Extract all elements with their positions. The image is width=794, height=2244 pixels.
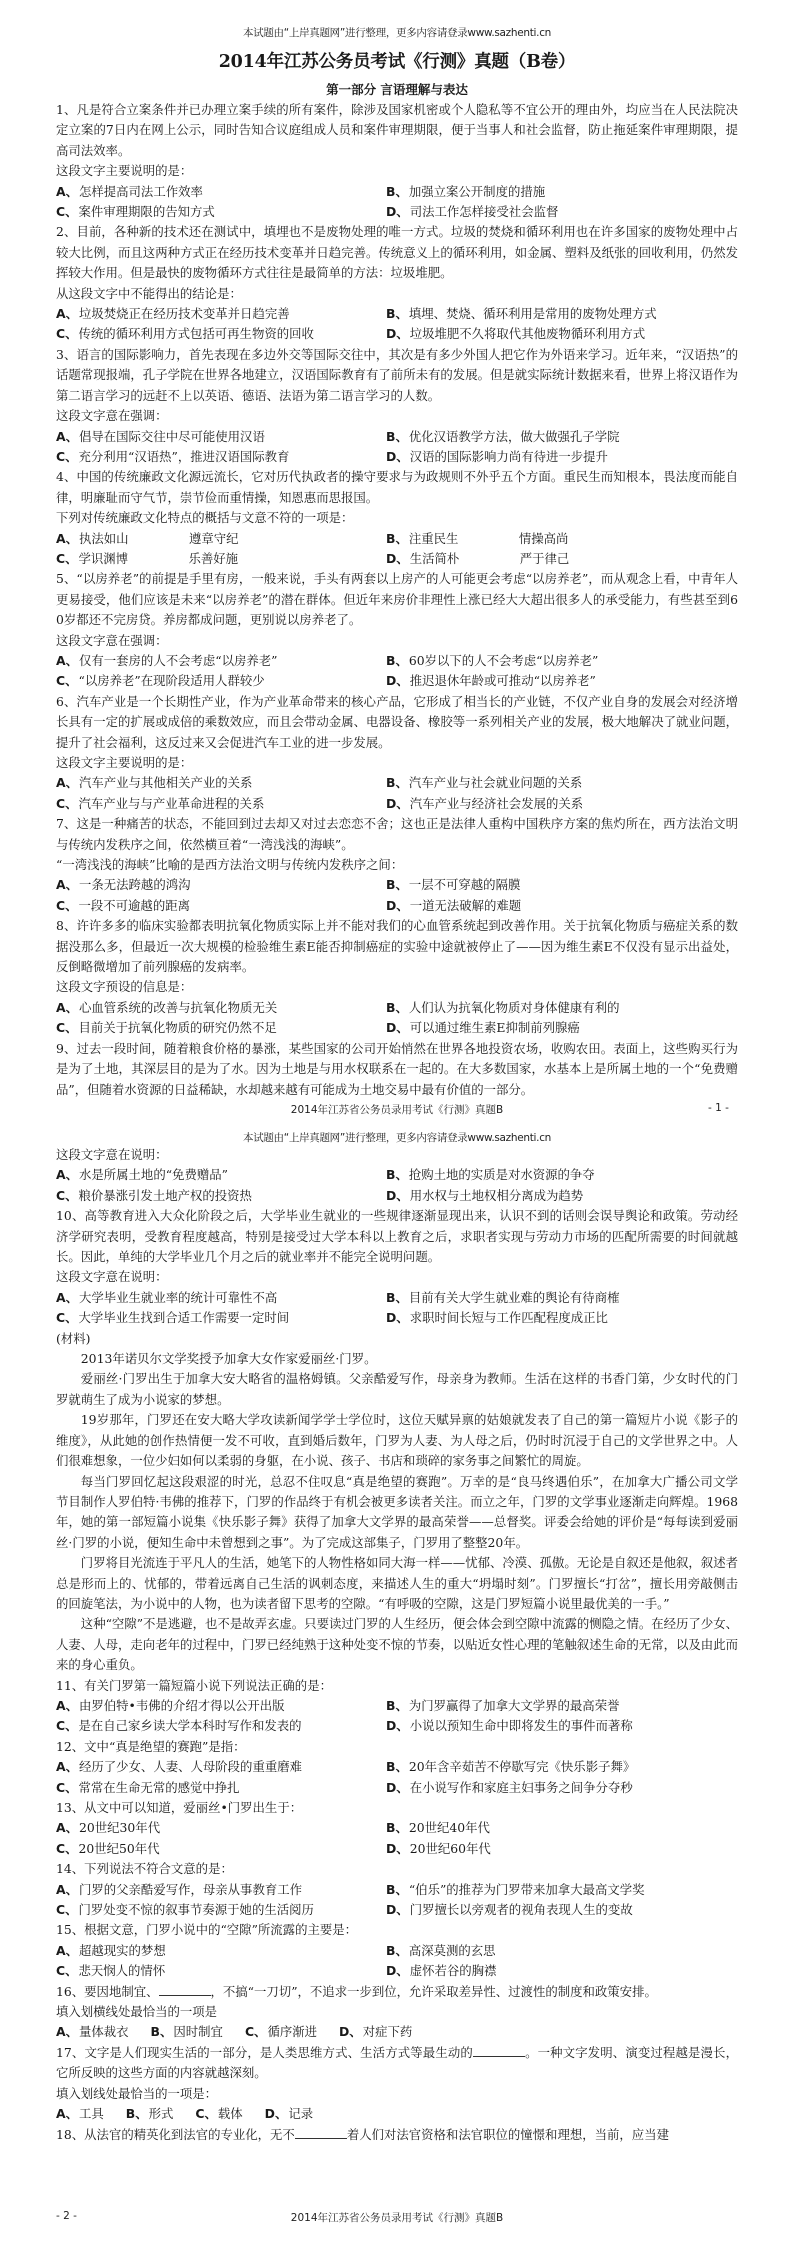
- question-14-options: A、门罗的父亲酷爱写作，母亲从事教育工作 B、“伯乐”的推荐为门罗带来加拿大最高…: [56, 1880, 738, 1921]
- option-c[interactable]: C、传统的循环利用方式包括可再生物资的回收: [56, 324, 386, 344]
- footer-text: 2014年江苏省公务员录用考试《行测》真题B: [0, 2210, 794, 2225]
- option-label: D、: [386, 1841, 409, 1856]
- option-c[interactable]: C、目前关于抗氧化物质的研究仍然不足: [56, 1018, 386, 1038]
- option-a[interactable]: A、水是所属土地的“免费赠品”: [56, 1165, 386, 1185]
- option-d[interactable]: D、生活简朴严于律己: [386, 549, 738, 569]
- option-a[interactable]: A、执法如山遵章守纪: [56, 529, 386, 549]
- option-c[interactable]: C、悲天悯人的情怀: [56, 1961, 386, 1981]
- option-d[interactable]: D、记录: [265, 2104, 313, 2124]
- option-a[interactable]: A、心血管系统的改善与抗氧化物质无关: [56, 998, 386, 1018]
- option-text: 20世纪30年代: [79, 1820, 160, 1835]
- material-paragraph: 这种“空隙”不是逃避，也不是故弄玄虚。只要读过门罗的人生经历，便会体会到空隙中流…: [56, 1614, 738, 1675]
- question-1-stem: 1、凡是符合立案条件并已办理立案手续的所有案件，除涉及国家机密或个人隐私等不宜公…: [56, 100, 738, 161]
- option-text: 加强立案公开制度的措施: [409, 184, 545, 199]
- option-label: A、: [56, 1759, 78, 1774]
- question-14-prompt: 14、下列说法不符合文意的是：: [56, 1859, 738, 1879]
- option-label: A、: [56, 1167, 78, 1182]
- option-text: 执法如山: [79, 529, 189, 549]
- option-c[interactable]: C、循序渐进: [245, 2022, 317, 2042]
- option-label: D、: [386, 1188, 409, 1203]
- question-13-options: A、20世纪30年代 B、20世纪40年代 C、20世纪50年代 D、20世纪6…: [56, 1818, 738, 1859]
- question-2-stem: 2、目前，各种新的技术还在测试中，填埋也不是废物处理的唯一方式。垃圾的焚烧和循环…: [56, 222, 738, 283]
- option-a[interactable]: A、仅有一套房的人不会考虑“以房养老”: [56, 651, 386, 671]
- option-b[interactable]: B、20世纪40年代: [386, 1818, 738, 1838]
- option-text: 对症下药: [363, 2024, 413, 2039]
- option-label: C、: [56, 1310, 77, 1325]
- option-d[interactable]: D、垃圾堆肥不久将取代其他废物循环利用方式: [386, 324, 738, 344]
- question-11-options: A、由罗伯特•韦佛的介绍才得以公开出版 B、为门罗赢得了加拿大文学界的最高荣誉 …: [56, 1696, 738, 1737]
- footer-text: 2014年江苏省公务员录用考试《行测》真题B: [0, 1102, 794, 1117]
- stem-text: 17、文字是人们现实生活的一部分，是人类思维方式、生活方式等最生动的: [56, 2045, 473, 2060]
- option-text: 汽车产业与其他相关产业的关系: [79, 775, 252, 790]
- option-label: A、: [56, 1943, 78, 1958]
- question-3-options: A、倡导在国际交往中尽可能使用汉语 B、优化汉语教学方法，做大做强孔子学院 C、…: [56, 427, 738, 468]
- option-b[interactable]: B、“伯乐”的推荐为门罗带来加拿大最高文学奖: [386, 1880, 738, 1900]
- option-c[interactable]: C、“以房养老”在现阶段适用人群较少: [56, 671, 386, 691]
- option-text: 抢购土地的实质是对水资源的争夺: [409, 1167, 595, 1182]
- question-3-prompt: 这段文字意在强调：: [56, 406, 738, 426]
- option-label: A、: [56, 531, 78, 546]
- option-d[interactable]: D、汉语的国际影响力尚有待进一步提升: [386, 447, 738, 467]
- option-label: D、: [386, 1718, 409, 1733]
- option-label: D、: [386, 898, 409, 913]
- option-text: 生活简朴: [410, 549, 520, 569]
- option-text: 传统的循环利用方式包括可再生物资的回收: [78, 326, 313, 341]
- fill-blank: [159, 1983, 211, 1996]
- option-text: 由罗伯特•韦佛的介绍才得以公开出版: [79, 1698, 285, 1713]
- option-label: C、: [56, 326, 77, 341]
- question-7-prompt: “一湾浅浅的海峡”比喻的是西方法治文明与传统内发秩序之间：: [56, 855, 738, 875]
- option-label: D、: [386, 449, 409, 464]
- option-d[interactable]: D、推迟退休年龄或可推动“以房养老”: [386, 671, 738, 691]
- question-17-prompt: 填入划线处最恰当的一项是：: [56, 2084, 738, 2104]
- option-text: 形式: [149, 2106, 174, 2121]
- option-text: 汽车产业与社会就业问题的关系: [409, 775, 582, 790]
- option-text: 门罗的父亲酷爱写作，母亲从事教育工作: [79, 1882, 302, 1897]
- question-7-options: A、一条无法跨越的鸿沟 B、一层不可穿越的隔膜 C、一段不可逾越的距离 D、一道…: [56, 875, 738, 916]
- option-text: 门罗擅长以旁观者的视角表现人生的变故: [410, 1902, 633, 1917]
- option-text: 是在自己家乡读大学本科时写作和发表的: [78, 1718, 301, 1733]
- option-label: D、: [386, 1963, 409, 1978]
- option-c[interactable]: C、一段不可逾越的距离: [56, 896, 386, 916]
- option-label: B、: [386, 1167, 408, 1182]
- option-text: 注重民生: [409, 529, 519, 549]
- option-text: 大学毕业生找到合适工作需要一定时间: [78, 1310, 289, 1325]
- option-label: D、: [386, 204, 409, 219]
- question-16-options: A、量体裁衣 B、因时制宜 C、循序渐进 D、对症下药: [56, 2022, 738, 2042]
- option-label: D、: [339, 2024, 362, 2039]
- question-2-options: A、垃圾焚烧正在经历技术变革并日趋完善 B、填埋、焚烧、循环利用是常用的废物处理…: [56, 304, 738, 345]
- option-label: C、: [56, 1188, 77, 1203]
- option-label: A、: [56, 2106, 78, 2121]
- question-4-options: A、执法如山遵章守纪 B、注重民生情操高尚 C、学识渊博乐善好施 D、生活简朴严…: [56, 529, 738, 570]
- stem-text: 18、从法官的精英化到法官的专业化，无不: [56, 2127, 295, 2142]
- option-text: 汽车产业与经济社会发展的关系: [410, 796, 583, 811]
- option-text: 记录: [288, 2106, 313, 2121]
- option-text: 循序渐进: [267, 2024, 317, 2039]
- option-a[interactable]: A、量体裁衣: [56, 2022, 129, 2042]
- option-b[interactable]: B、20年含辛茹苦不停歇写完《快乐影子舞》: [386, 1757, 738, 1777]
- page-number: - 1 -: [708, 1102, 729, 1114]
- option-text: 小说以预知生命中即将发生的事件而著称: [410, 1718, 633, 1733]
- fill-blank: [295, 2126, 347, 2139]
- option-d[interactable]: D、门罗擅长以旁观者的视角表现人生的变故: [386, 1900, 738, 1920]
- option-text: “伯乐”的推荐为门罗带来加拿大最高文学奖: [409, 1882, 645, 1897]
- option-label: A、: [56, 653, 78, 668]
- option-a[interactable]: A、一条无法跨越的鸿沟: [56, 875, 386, 895]
- option-text: 粮价暴涨引发土地产权的投资热: [78, 1188, 251, 1203]
- option-label: C、: [56, 1780, 77, 1795]
- option-b[interactable]: B、因时制宜: [151, 2022, 223, 2042]
- option-text: 20世纪60年代: [410, 1841, 491, 1856]
- option-text: 载体: [218, 2106, 243, 2121]
- material-paragraph: 爱丽丝·门罗出生于加拿大安大略省的温格姆镇。父亲酷爱写作，母亲身为教师。生活在这…: [56, 1369, 738, 1410]
- question-4-prompt: 下列对传统廉政文化特点的概括与文意不符的一项是：: [56, 508, 738, 528]
- option-label: B、: [386, 1882, 408, 1897]
- option-text: 倡导在国际交往中尽可能使用汉语: [79, 429, 265, 444]
- material-label: (材料): [56, 1329, 738, 1349]
- section-heading: 第一部分 言语理解与表达: [0, 80, 794, 98]
- option-d[interactable]: D、求职时间长短与工作匹配程度成正比: [386, 1308, 738, 1328]
- option-c[interactable]: C、案件审理期限的告知方式: [56, 202, 386, 222]
- option-d[interactable]: D、小说以预知生命中即将发生的事件而著称: [386, 1716, 738, 1736]
- option-c[interactable]: C、门罗处变不惊的叙事节奏源于她的生活阅历: [56, 1900, 386, 1920]
- option-b[interactable]: B、目前有关大学生就业难的舆论有待商榷: [386, 1288, 738, 1308]
- option-a[interactable]: A、由罗伯特•韦佛的介绍才得以公开出版: [56, 1696, 386, 1716]
- option-label: B、: [386, 306, 408, 321]
- stem-text: 着人们对法官资格和法官职位的憧憬和理想，当前，应当建: [347, 2127, 669, 2142]
- option-text: 经历了少女、人妻、人母阶段的重重磨难: [79, 1759, 302, 1774]
- option-text: 虚怀若谷的胸襟: [410, 1963, 497, 1978]
- exam-page-1: 本试题由“上岸真题网”进行整理，更多内容请登录www.sazhenti.cn 2…: [0, 0, 794, 1120]
- option-label: C、: [56, 796, 77, 811]
- option-label: C、: [56, 1902, 77, 1917]
- option-text: 乐善好施: [188, 551, 238, 566]
- option-a[interactable]: A、垃圾焚烧正在经历技术变革并日趋完善: [56, 304, 386, 324]
- option-label: A、: [56, 2024, 78, 2039]
- option-c[interactable]: C、大学毕业生找到合适工作需要一定时间: [56, 1308, 386, 1328]
- option-label: C、: [56, 551, 77, 566]
- question-12-options: A、经历了少女、人妻、人母阶段的重重磨难 B、20年含辛茹苦不停歇写完《快乐影子…: [56, 1757, 738, 1798]
- option-text: 垃圾堆肥不久将取代其他废物循环利用方式: [410, 326, 645, 341]
- stem-text: 16、要因地制宜、: [56, 1984, 159, 1999]
- option-label: C、: [56, 898, 77, 913]
- option-label: C、: [56, 673, 77, 688]
- option-label: D、: [386, 1310, 409, 1325]
- question-1-options: A、怎样提高司法工作效率 B、加强立案公开制度的措施 C、案件审理期限的告知方式…: [56, 182, 738, 223]
- option-a[interactable]: A、经历了少女、人妻、人母阶段的重重磨难: [56, 1757, 386, 1777]
- material-paragraph: 19岁那年，门罗还在安大略大学攻读新闻学学士学位时，这位天赋异禀的姑娘就发表了自…: [56, 1410, 738, 1471]
- option-label: B、: [151, 2024, 173, 2039]
- option-label: A、: [56, 1820, 78, 1835]
- option-text: 遵章守纪: [189, 531, 239, 546]
- option-text: 目前有关大学生就业难的舆论有待商榷: [409, 1290, 620, 1305]
- option-text: 大学毕业生就业率的统计可靠性不高: [79, 1290, 277, 1305]
- question-12-prompt: 12、文中“真是绝望的赛跑”是指：: [56, 1737, 738, 1757]
- question-15-prompt: 15、根据文意，门罗小说中的“空隙”所流露的主要是：: [56, 1920, 738, 1940]
- question-3-stem: 3、语言的国际影响力，首先表现在多边外交等国际交往中，其次是有多少外国人把它作为…: [56, 345, 738, 406]
- option-d[interactable]: D、司法工作怎样接受社会监督: [386, 202, 738, 222]
- question-9-stem: 9、过去一段时间，随着粮食价格的暴涨，某些国家的公司开始悄然在世界各地投资农场，…: [56, 1039, 738, 1100]
- question-6-options: A、汽车产业与其他相关产业的关系 B、汽车产业与社会就业问题的关系 C、汽车产业…: [56, 773, 738, 814]
- fill-blank: [473, 2044, 525, 2057]
- option-c[interactable]: C、充分利用“汉语热”，推进汉语国际教育: [56, 447, 386, 467]
- stem-text: ，不搞“一刀切”，不追求一步到位，允许采取差异性、过渡性的制度和政策安排。: [211, 1984, 657, 1999]
- option-b[interactable]: B、为门罗赢得了加拿大文学界的最高荣誉: [386, 1696, 738, 1716]
- option-label: A、: [56, 184, 78, 199]
- question-5-stem: 5、“以房养老”的前提是手里有房，一般来说，手头有两套以上房产的人可能更会考虑“…: [56, 569, 738, 630]
- option-label: B、: [386, 877, 408, 892]
- option-text: 可以通过维生素E抑制前列腺癌: [410, 1020, 580, 1035]
- option-text: 60岁以下的人不会考虑“以房养老”: [409, 653, 599, 668]
- option-a[interactable]: A、怎样提高司法工作效率: [56, 182, 386, 202]
- option-text: 常常在生命无常的感觉中挣扎: [78, 1780, 239, 1795]
- option-d[interactable]: D、汽车产业与经济社会发展的关系: [386, 794, 738, 814]
- option-text: 填埋、焚烧、循环利用是常用的废物处理方式: [409, 306, 657, 321]
- exam-page-2: 本试题由“上岸真题网”进行整理，更多内容请登录www.sazhenti.cn 这…: [0, 1120, 794, 2244]
- option-b[interactable]: B、一层不可穿越的隔膜: [386, 875, 738, 895]
- option-a[interactable]: A、20世纪30年代: [56, 1818, 386, 1838]
- option-text: 在小说写作和家庭主妇事务之间争分夺秒: [410, 1780, 633, 1795]
- question-8-options: A、心血管系统的改善与抗氧化物质无关 B、人们认为抗氧化物质对身体健康有利的 C…: [56, 998, 738, 1039]
- option-text: 目前关于抗氧化物质的研究仍然不足: [78, 1020, 276, 1035]
- option-d[interactable]: D、用水权与土地权相分离成为趋势: [386, 1186, 738, 1206]
- option-text: 学识渊博: [78, 549, 188, 569]
- option-a[interactable]: A、门罗的父亲酷爱写作，母亲从事教育工作: [56, 1880, 386, 1900]
- option-text: 严于律己: [520, 551, 570, 566]
- option-text: 20世纪40年代: [409, 1820, 490, 1835]
- question-6-stem: 6、汽车产业是一个长期性产业，作为产业革命带来的核心产品，它形成了相当长的产业链…: [56, 692, 738, 753]
- question-17-stem: 17、文字是人们现实生活的一部分，是人类思维方式、生活方式等最生动的。一种文字发…: [56, 2043, 738, 2084]
- option-b[interactable]: B、填埋、焚烧、循环利用是常用的废物处理方式: [386, 304, 738, 324]
- material-paragraph: 每当门罗回忆起这段艰涩的时光，总忍不住叹息“真是绝望的赛跑”。万幸的是“良马终遇…: [56, 1472, 738, 1554]
- question-1-prompt: 这段文字主要说明的是：: [56, 161, 738, 181]
- option-label: B、: [386, 1000, 408, 1015]
- question-9-options: A、水是所属土地的“免费赠品” B、抢购土地的实质是对水资源的争夺 C、粮价暴涨…: [56, 1165, 738, 1206]
- option-label: C、: [245, 2024, 266, 2039]
- option-text: 20年含辛茹苦不停歇写完《快乐影子舞》: [409, 1759, 635, 1774]
- option-a[interactable]: A、倡导在国际交往中尽可能使用汉语: [56, 427, 386, 447]
- header-note: 本试题由“上岸真题网”进行整理，更多内容请登录www.sazhenti.cn: [0, 25, 794, 40]
- option-b[interactable]: B、汽车产业与社会就业问题的关系: [386, 773, 738, 793]
- question-16-stem: 16、要因地制宜、，不搞“一刀切”，不追求一步到位，允许采取差异性、过渡性的制度…: [56, 1982, 738, 2002]
- option-text: 人们认为抗氧化物质对身体健康有利的: [409, 1000, 620, 1015]
- option-label: C、: [56, 204, 77, 219]
- option-c[interactable]: C、20世纪50年代: [56, 1839, 386, 1859]
- option-label: B、: [386, 1759, 408, 1774]
- option-c[interactable]: C、粮价暴涨引发土地产权的投资热: [56, 1186, 386, 1206]
- question-10-options: A、大学毕业生就业率的统计可靠性不高 B、目前有关大学生就业难的舆论有待商榷 C…: [56, 1288, 738, 1329]
- option-text: 汽车产业与与产业革命进程的关系: [78, 796, 264, 811]
- question-5-prompt: 这段文字意在强调：: [56, 631, 738, 651]
- option-label: B、: [386, 1290, 408, 1305]
- option-b[interactable]: B、人们认为抗氧化物质对身体健康有利的: [386, 998, 738, 1018]
- page-title: 2014年江苏公务员考试《行测》真题（B卷）: [0, 48, 794, 73]
- question-17-options: A、工具 B、形式 C、载体 D、记录: [56, 2104, 738, 2124]
- option-text: 工具: [79, 2106, 104, 2121]
- option-text: 20世纪50年代: [78, 1841, 159, 1856]
- option-label: D、: [386, 673, 409, 688]
- question-9-prompt: 这段文字意在说明：: [56, 1145, 738, 1165]
- option-text: 悲天悯人的情怀: [78, 1963, 165, 1978]
- option-text: 用水权与土地权相分离成为趋势: [410, 1188, 583, 1203]
- question-15-options: A、超越现实的梦想 B、高深莫测的玄思 C、悲天悯人的情怀 D、虚怀若谷的胸襟: [56, 1941, 738, 1982]
- option-b[interactable]: B、抢购土地的实质是对水资源的争夺: [386, 1165, 738, 1185]
- option-d[interactable]: D、一道无法破解的难题: [386, 896, 738, 916]
- option-c[interactable]: C、学识渊博乐善好施: [56, 549, 386, 569]
- option-text: 为门罗赢得了加拿大文学界的最高荣誉: [409, 1698, 620, 1713]
- option-text: 垃圾焚烧正在经历技术变革并日趋完善: [79, 306, 290, 321]
- material-paragraph: 2013年诺贝尔文学奖授予加拿大女作家爱丽丝·门罗。: [56, 1349, 738, 1369]
- option-text: 情操高尚: [519, 531, 569, 546]
- option-label: B、: [386, 1698, 408, 1713]
- option-text: 高深莫测的玄思: [409, 1943, 496, 1958]
- question-16-prompt: 填入划横线处最恰当的一项是: [56, 2002, 738, 2022]
- option-label: B、: [386, 1820, 408, 1835]
- option-label: D、: [386, 796, 409, 811]
- option-d[interactable]: D、虚怀若谷的胸襟: [386, 1961, 738, 1981]
- question-8-stem: 8、许许多多的临床实验都表明抗氧化物质实际上并不能对我们的心血管系统起到改善作用…: [56, 916, 738, 977]
- option-c[interactable]: C、常常在生命无常的感觉中挣扎: [56, 1778, 386, 1798]
- option-text: 怎样提高司法工作效率: [79, 184, 203, 199]
- option-text: 一条无法跨越的鸿沟: [79, 877, 191, 892]
- option-a[interactable]: A、工具: [56, 2104, 104, 2124]
- option-label: D、: [386, 1020, 409, 1035]
- header-note: 本试题由“上岸真题网”进行整理，更多内容请登录www.sazhenti.cn: [0, 1130, 794, 1145]
- option-text: 求职时间长短与工作匹配程度成正比: [410, 1310, 608, 1325]
- option-label: A、: [56, 1000, 78, 1015]
- question-2-prompt: 从这段文字中不能得出的结论是：: [56, 284, 738, 304]
- option-a[interactable]: A、大学毕业生就业率的统计可靠性不高: [56, 1288, 386, 1308]
- option-text: 水是所属土地的“免费赠品”: [79, 1167, 228, 1182]
- option-label: C、: [56, 1963, 77, 1978]
- option-b[interactable]: B、形式: [126, 2104, 174, 2124]
- question-6-prompt: 这段文字主要说明的是：: [56, 753, 738, 773]
- option-label: B、: [386, 184, 408, 199]
- option-label: D、: [386, 326, 409, 341]
- material-paragraph: 门罗将目光流连于平凡人的生活，她笔下的人物性格如同大海一样——忧郁、冷漠、孤傲。…: [56, 1553, 738, 1614]
- option-b[interactable]: B、60岁以下的人不会考虑“以房养老”: [386, 651, 738, 671]
- page-2-content: 这段文字意在说明： A、水是所属土地的“免费赠品” B、抢购土地的实质是对水资源…: [56, 1145, 738, 2145]
- option-label: A、: [56, 1882, 78, 1897]
- question-7-stem: 7、这是一种痛苦的状态，不能回到过去却又对过去恋恋不舍；这也正是法律人重构中国秩…: [56, 814, 738, 855]
- option-text: 司法工作怎样接受社会监督: [410, 204, 559, 219]
- page-1-content: 1、凡是符合立案条件并已办理立案手续的所有案件，除涉及国家机密或个人隐私等不宜公…: [56, 100, 738, 1100]
- option-a[interactable]: A、超越现实的梦想: [56, 1941, 386, 1961]
- option-label: C、: [56, 1020, 77, 1035]
- option-text: 优化汉语教学方法，做大做强孔子学院: [409, 429, 620, 444]
- option-label: D、: [386, 1902, 409, 1917]
- option-label: B、: [386, 531, 408, 546]
- option-c[interactable]: C、汽车产业与与产业革命进程的关系: [56, 794, 386, 814]
- question-5-options: A、仅有一套房的人不会考虑“以房养老” B、60岁以下的人不会考虑“以房养老” …: [56, 651, 738, 692]
- option-text: 超越现实的梦想: [79, 1943, 166, 1958]
- option-label: A、: [56, 1290, 78, 1305]
- option-text: 一层不可穿越的隔膜: [409, 877, 521, 892]
- option-label: B、: [386, 429, 408, 444]
- option-text: 心血管系统的改善与抗氧化物质无关: [79, 1000, 277, 1015]
- option-label: B、: [386, 653, 408, 668]
- option-text: 门罗处变不惊的叙事节奏源于她的生活阅历: [78, 1902, 313, 1917]
- option-label: D、: [386, 551, 409, 566]
- option-d[interactable]: D、对症下药: [339, 2022, 412, 2042]
- question-18-stem: 18、从法官的精英化到法官的专业化，无不着人们对法官资格和法官职位的憧憬和理想，…: [56, 2125, 738, 2145]
- question-10-prompt: 这段文字意在说明：: [56, 1267, 738, 1287]
- option-label: C、: [56, 1841, 77, 1856]
- option-label: A、: [56, 306, 78, 321]
- option-label: C、: [56, 1718, 77, 1733]
- option-a[interactable]: A、汽车产业与其他相关产业的关系: [56, 773, 386, 793]
- option-label: A、: [56, 775, 78, 790]
- option-d[interactable]: D、在小说写作和家庭主妇事务之间争分夺秒: [386, 1778, 738, 1798]
- option-text: 仅有一套房的人不会考虑“以房养老”: [79, 653, 278, 668]
- option-label: B、: [386, 775, 408, 790]
- option-label: A、: [56, 877, 78, 892]
- option-d[interactable]: D、可以通过维生素E抑制前列腺癌: [386, 1018, 738, 1038]
- option-label: A、: [56, 429, 78, 444]
- option-label: D、: [265, 2106, 288, 2121]
- option-text: 一段不可逾越的距离: [78, 898, 190, 913]
- option-text: 因时制宜: [173, 2024, 223, 2039]
- option-b[interactable]: B、优化汉语教学方法，做大做强孔子学院: [386, 427, 738, 447]
- question-8-prompt: 这段文字预设的信息是：: [56, 977, 738, 997]
- option-b[interactable]: B、加强立案公开制度的措施: [386, 182, 738, 202]
- option-text: 充分利用“汉语热”，推进汉语国际教育: [78, 449, 289, 464]
- option-label: B、: [386, 1943, 408, 1958]
- option-label: C、: [56, 449, 77, 464]
- option-c[interactable]: C、是在自己家乡读大学本科时写作和发表的: [56, 1716, 386, 1736]
- option-text: 案件审理期限的告知方式: [78, 204, 214, 219]
- option-text: 汉语的国际影响力尚有待进一步提升: [410, 449, 608, 464]
- option-label: B、: [126, 2106, 148, 2121]
- question-11-prompt: 11、有关门罗第一篇短篇小说下列说法正确的是：: [56, 1676, 738, 1696]
- option-label: C、: [195, 2106, 216, 2121]
- option-text: 推迟退休年龄或可推动“以房养老”: [410, 673, 596, 688]
- question-10-stem: 10、高等教育进入大众化阶段之后，大学毕业生就业的一些规律逐渐显现出来，认识不到…: [56, 1206, 738, 1267]
- option-b[interactable]: B、注重民生情操高尚: [386, 529, 738, 549]
- option-label: D、: [386, 1780, 409, 1795]
- option-c[interactable]: C、载体: [195, 2104, 242, 2124]
- option-text: 一道无法破解的难题: [410, 898, 522, 913]
- question-13-prompt: 13、从文中可以知道，爱丽丝•门罗出生于：: [56, 1798, 738, 1818]
- option-b[interactable]: B、高深莫测的玄思: [386, 1941, 738, 1961]
- question-4-stem: 4、中国的传统廉政文化源远流长，它对历代执政者的操守要求与为政规则不外乎五个方面…: [56, 467, 738, 508]
- option-label: A、: [56, 1698, 78, 1713]
- option-text: “以房养老”在现阶段适用人群较少: [78, 673, 264, 688]
- option-text: 量体裁衣: [79, 2024, 129, 2039]
- option-d[interactable]: D、20世纪60年代: [386, 1839, 738, 1859]
